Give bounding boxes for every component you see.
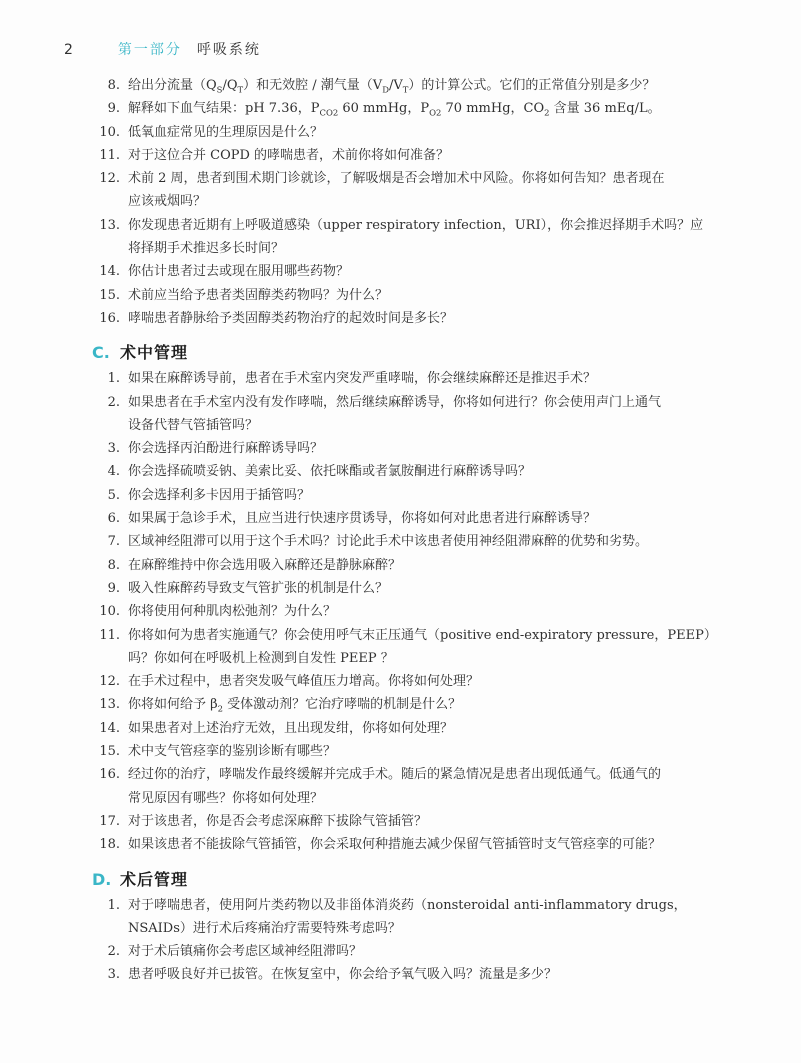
- question-number: 12.: [92, 670, 120, 693]
- question-text: 哮喘患者静脉给予类固醇类药物治疗的起效时间是多长？: [128, 307, 453, 330]
- question-item: 2. 对于术后镇痛你会考虑区域神经阻滞吗？: [92, 940, 784, 963]
- question-number: 7.: [92, 530, 120, 553]
- question-number: 3.: [92, 437, 120, 460]
- question-number: 17.: [92, 810, 120, 833]
- question-text: 区域神经阻滞可以用于这个手术吗？讨论此手术中该患者使用神经阻滞麻醉的优势和劣势。: [128, 530, 648, 553]
- section-items: 1. 如果在麻醉诱导前，患者在手术室内突发严重哮喘，你会继续麻醉还是推迟手术？ …: [92, 367, 784, 856]
- question-item: 11. 你将如何为患者实施通气？你会使用呼气末正压通气（positive end…: [92, 624, 784, 671]
- question-text: 在麻醉维持中你会选用吸入麻醉还是静脉麻醉？: [128, 554, 401, 577]
- question-item: 11. 对于这位合并 COPD 的哮喘患者，术前你将如何准备？: [92, 144, 784, 167]
- question-number: 16.: [92, 763, 120, 786]
- book-page: 2 第一部分 呼吸系统 8. 给出分流量（QS/QT）和无效腔 / 潮气量（VD…: [0, 0, 801, 1063]
- part-title: 呼吸系统: [197, 41, 261, 59]
- question-item: 13. 你将如何给予 β2 受体激动剂？它治疗哮喘的机制是什么？: [92, 693, 784, 716]
- question-number: 9.: [92, 97, 120, 120]
- question-text: 如果属于急诊手术，且应当进行快速序贯诱导，你将如何对此患者进行麻醉诱导？: [128, 507, 596, 530]
- question-number: 15.: [92, 740, 120, 763]
- question-number: 15.: [92, 284, 120, 307]
- question-number: 10.: [92, 121, 120, 144]
- question-sections: 8. 给出分流量（QS/QT）和无效腔 / 潮气量（VD/VT）的计算公式。它们…: [92, 74, 784, 987]
- question-item: 6. 如果属于急诊手术，且应当进行快速序贯诱导，你将如何对此患者进行麻醉诱导？: [92, 507, 784, 530]
- question-item: 10. 低氧血症常见的生理原因是什么？: [92, 121, 784, 144]
- question-number: 16.: [92, 307, 120, 330]
- question-text: 术中支气管痉挛的鉴别诊断有哪些？: [128, 740, 336, 763]
- question-text: 对于该患者，你是否会考虑深麻醉下拔除气管插管？: [128, 810, 427, 833]
- section-title: 术后管理: [120, 866, 188, 893]
- question-number: 8.: [92, 74, 120, 97]
- question-item: 1. 如果在麻醉诱导前，患者在手术室内突发严重哮喘，你会继续麻醉还是推迟手术？: [92, 367, 784, 390]
- question-item: 7. 区域神经阻滞可以用于这个手术吗？讨论此手术中该患者使用神经阻滞麻醉的优势和…: [92, 530, 784, 553]
- question-item: 16. 经过你的治疗，哮喘发作最终缓解并完成手术。随后的紧急情况是患者出现低通气…: [92, 763, 784, 810]
- question-text: 你将使用何种肌肉松弛剂？为什么？: [128, 600, 336, 623]
- question-number: 10.: [92, 600, 120, 623]
- question-text: 解释如下血气结果：pH 7.36，PCO2 60 mmHg，PO2 70 mmH…: [128, 97, 661, 120]
- question-text: 患者呼吸良好并已拔管。在恢复室中，你会给予氧气吸入吗？流量是多少？: [128, 963, 557, 986]
- question-item: 15. 术前应当给予患者类固醇类药物吗？为什么？: [92, 284, 784, 307]
- question-number: 11.: [92, 624, 120, 647]
- question-item: 12. 在手术过程中，患者突发吸气峰值压力增高。你将如何处理？: [92, 670, 784, 693]
- question-item: 12. 术前 2 周，患者到围术期门诊就诊，了解吸烟是否会增加术中风险。你将如何…: [92, 167, 784, 214]
- question-number: 12.: [92, 167, 120, 190]
- question-item: 16. 哮喘患者静脉给予类固醇类药物治疗的起效时间是多长？: [92, 307, 784, 330]
- question-text: 你将如何给予 β2 受体激动剂？它治疗哮喘的机制是什么？: [128, 693, 461, 716]
- question-text: 低氧血症常见的生理原因是什么？: [128, 121, 323, 144]
- question-number: 2.: [92, 391, 120, 414]
- question-item: 2. 如果患者在手术室内没有发作哮喘，然后继续麻醉诱导，你将如何进行？你会使用声…: [92, 391, 784, 438]
- question-text: 你会选择丙泊酚进行麻醉诱导吗？: [128, 437, 323, 460]
- question-text: 术前 2 周，患者到围术期门诊就诊，了解吸烟是否会增加术中风险。你将如何告知？患…: [128, 167, 665, 214]
- question-item: 13. 你发现患者近期有上呼吸道感染（upper respiratory inf…: [92, 214, 784, 261]
- question-number: 3.: [92, 963, 120, 986]
- question-item: 15. 术中支气管痉挛的鉴别诊断有哪些？: [92, 740, 784, 763]
- question-text: 你会选择硫喷妥钠、美索比妥、依托咪酯或者氯胺酮进行麻醉诱导吗？: [128, 460, 531, 483]
- question-text: 经过你的治疗，哮喘发作最终缓解并完成手术。随后的紧急情况是患者出现低通气。低通气…: [128, 763, 661, 810]
- question-number: 1.: [92, 894, 120, 917]
- question-text: 给出分流量（QS/QT）和无效腔 / 潮气量（VD/VT）的计算公式。它们的正常…: [128, 74, 655, 97]
- question-number: 13.: [92, 693, 120, 716]
- section: D. 术后管理 1. 对于哮喘患者，使用阿片类药物以及非甾体消炎药（nonste…: [92, 866, 784, 987]
- question-number: 14.: [92, 717, 120, 740]
- question-text: 你将如何为患者实施通气？你会使用呼气末正压通气（positive end-exp…: [128, 624, 717, 671]
- question-number: 2.: [92, 940, 120, 963]
- section-heading: C. 术中管理: [92, 339, 784, 366]
- part-label: 第一部分: [118, 41, 182, 59]
- question-number: 1.: [92, 367, 120, 390]
- question-item: 9. 吸入性麻醉药导致支气管扩张的机制是什么？: [92, 577, 784, 600]
- question-text: 你会选择利多卡因用于插管吗？: [128, 484, 310, 507]
- page-header: 2 第一部分 呼吸系统: [64, 41, 261, 59]
- question-text: 如果该患者不能拔除气管插管，你会采取何种措施去减少保留气管插管时支气管痉挛的可能…: [128, 833, 661, 856]
- section-items: 1. 对于哮喘患者，使用阿片类药物以及非甾体消炎药（nonsteroidal a…: [92, 894, 784, 987]
- question-item: 8. 给出分流量（QS/QT）和无效腔 / 潮气量（VD/VT）的计算公式。它们…: [92, 74, 784, 97]
- question-number: 9.: [92, 577, 120, 600]
- question-text: 术前应当给予患者类固醇类药物吗？为什么？: [128, 284, 388, 307]
- question-item: 5. 你会选择利多卡因用于插管吗？: [92, 484, 784, 507]
- section-label: C.: [92, 339, 120, 366]
- question-item: 4. 你会选择硫喷妥钠、美索比妥、依托咪酯或者氯胺酮进行麻醉诱导吗？: [92, 460, 784, 483]
- question-text: 对于术后镇痛你会考虑区域神经阻滞吗？: [128, 940, 362, 963]
- section-label: D.: [92, 866, 120, 893]
- page-number: 2: [64, 41, 73, 59]
- question-item: 14. 你估计患者过去或现在服用哪些药物？: [92, 260, 784, 283]
- question-item: 9. 解释如下血气结果：pH 7.36，PCO2 60 mmHg，PO2 70 …: [92, 97, 784, 120]
- question-number: 11.: [92, 144, 120, 167]
- question-number: 6.: [92, 507, 120, 530]
- question-text: 吸入性麻醉药导致支气管扩张的机制是什么？: [128, 577, 388, 600]
- section-title: 术中管理: [120, 339, 188, 366]
- question-text: 对于哮喘患者，使用阿片类药物以及非甾体消炎药（nonsteroidal anti…: [128, 894, 687, 941]
- question-text: 如果在麻醉诱导前，患者在手术室内突发严重哮喘，你会继续麻醉还是推迟手术？: [128, 367, 596, 390]
- question-item: 3. 你会选择丙泊酚进行麻醉诱导吗？: [92, 437, 784, 460]
- question-number: 8.: [92, 554, 120, 577]
- section-heading: D. 术后管理: [92, 866, 784, 893]
- question-item: 1. 对于哮喘患者，使用阿片类药物以及非甾体消炎药（nonsteroidal a…: [92, 894, 784, 941]
- question-number: 13.: [92, 214, 120, 237]
- question-text: 你估计患者过去或现在服用哪些药物？: [128, 260, 349, 283]
- question-item: 18. 如果该患者不能拔除气管插管，你会采取何种措施去减少保留气管插管时支气管痉…: [92, 833, 784, 856]
- section: C. 术中管理 1. 如果在麻醉诱导前，患者在手术室内突发严重哮喘，你会继续麻醉…: [92, 339, 784, 856]
- question-number: 4.: [92, 460, 120, 483]
- question-text: 如果患者对上述治疗无效，且出现发绀，你将如何处理？: [128, 717, 453, 740]
- question-text: 在手术过程中，患者突发吸气峰值压力增高。你将如何处理？: [128, 670, 479, 693]
- question-item: 14. 如果患者对上述治疗无效，且出现发绀，你将如何处理？: [92, 717, 784, 740]
- question-number: 14.: [92, 260, 120, 283]
- question-text: 你发现患者近期有上呼吸道感染（upper respiratory infecti…: [128, 214, 703, 261]
- question-number: 5.: [92, 484, 120, 507]
- question-text: 对于这位合并 COPD 的哮喘患者，术前你将如何准备？: [128, 144, 449, 167]
- section-items: 8. 给出分流量（QS/QT）和无效腔 / 潮气量（VD/VT）的计算公式。它们…: [92, 74, 784, 330]
- question-item: 17. 对于该患者，你是否会考虑深麻醉下拔除气管插管？: [92, 810, 784, 833]
- question-item: 10. 你将使用何种肌肉松弛剂？为什么？: [92, 600, 784, 623]
- section: 8. 给出分流量（QS/QT）和无效腔 / 潮气量（VD/VT）的计算公式。它们…: [92, 74, 784, 330]
- question-item: 8. 在麻醉维持中你会选用吸入麻醉还是静脉麻醉？: [92, 554, 784, 577]
- question-number: 18.: [92, 833, 120, 856]
- question-item: 3. 患者呼吸良好并已拔管。在恢复室中，你会给予氧气吸入吗？流量是多少？: [92, 963, 784, 986]
- question-text: 如果患者在手术室内没有发作哮喘，然后继续麻醉诱导，你将如何进行？你会使用声门上通…: [128, 391, 661, 438]
